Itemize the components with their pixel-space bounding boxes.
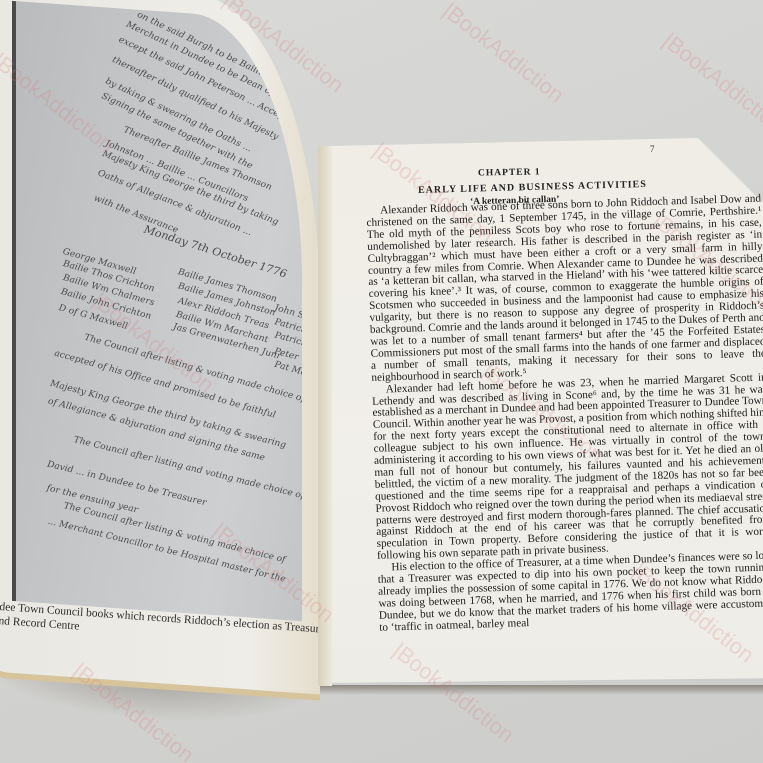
right-page-shadow xyxy=(320,685,763,695)
manuscript-border xyxy=(12,1,16,601)
manuscript-line: Merchant in Dundee to be Dean of Gild xyxy=(125,20,295,108)
page-number: 7 xyxy=(650,144,655,154)
manuscript-line: on the said Burgh to be Baillie ... xyxy=(136,10,279,85)
watermark: |BookAddiction xyxy=(658,28,763,139)
watermark: |BookAddiction xyxy=(438,0,569,108)
manuscript-name: Pat Mathew xyxy=(274,360,302,385)
manuscript-photograph: on the said Burgh to be Baillie ... Merc… xyxy=(12,1,302,621)
manuscript-date: Monday 7th October 1776 xyxy=(143,223,289,281)
paragraph: Alexander had left home before he was 23… xyxy=(372,372,763,563)
paragraph: Alexander Riddoch was one of three sons … xyxy=(366,194,763,385)
paragraph: His election to the office of Treasurer,… xyxy=(377,551,763,635)
body-text: Alexander Riddoch was one of three sons … xyxy=(366,194,763,635)
left-page: on the said Burgh to be Baillie ... Merc… xyxy=(0,0,320,694)
chapter-label: CHAPTER 1 xyxy=(478,167,541,178)
book-photo: on the said Burgh to be Baillie ... Merc… xyxy=(0,0,763,763)
page-gutter xyxy=(318,146,332,686)
